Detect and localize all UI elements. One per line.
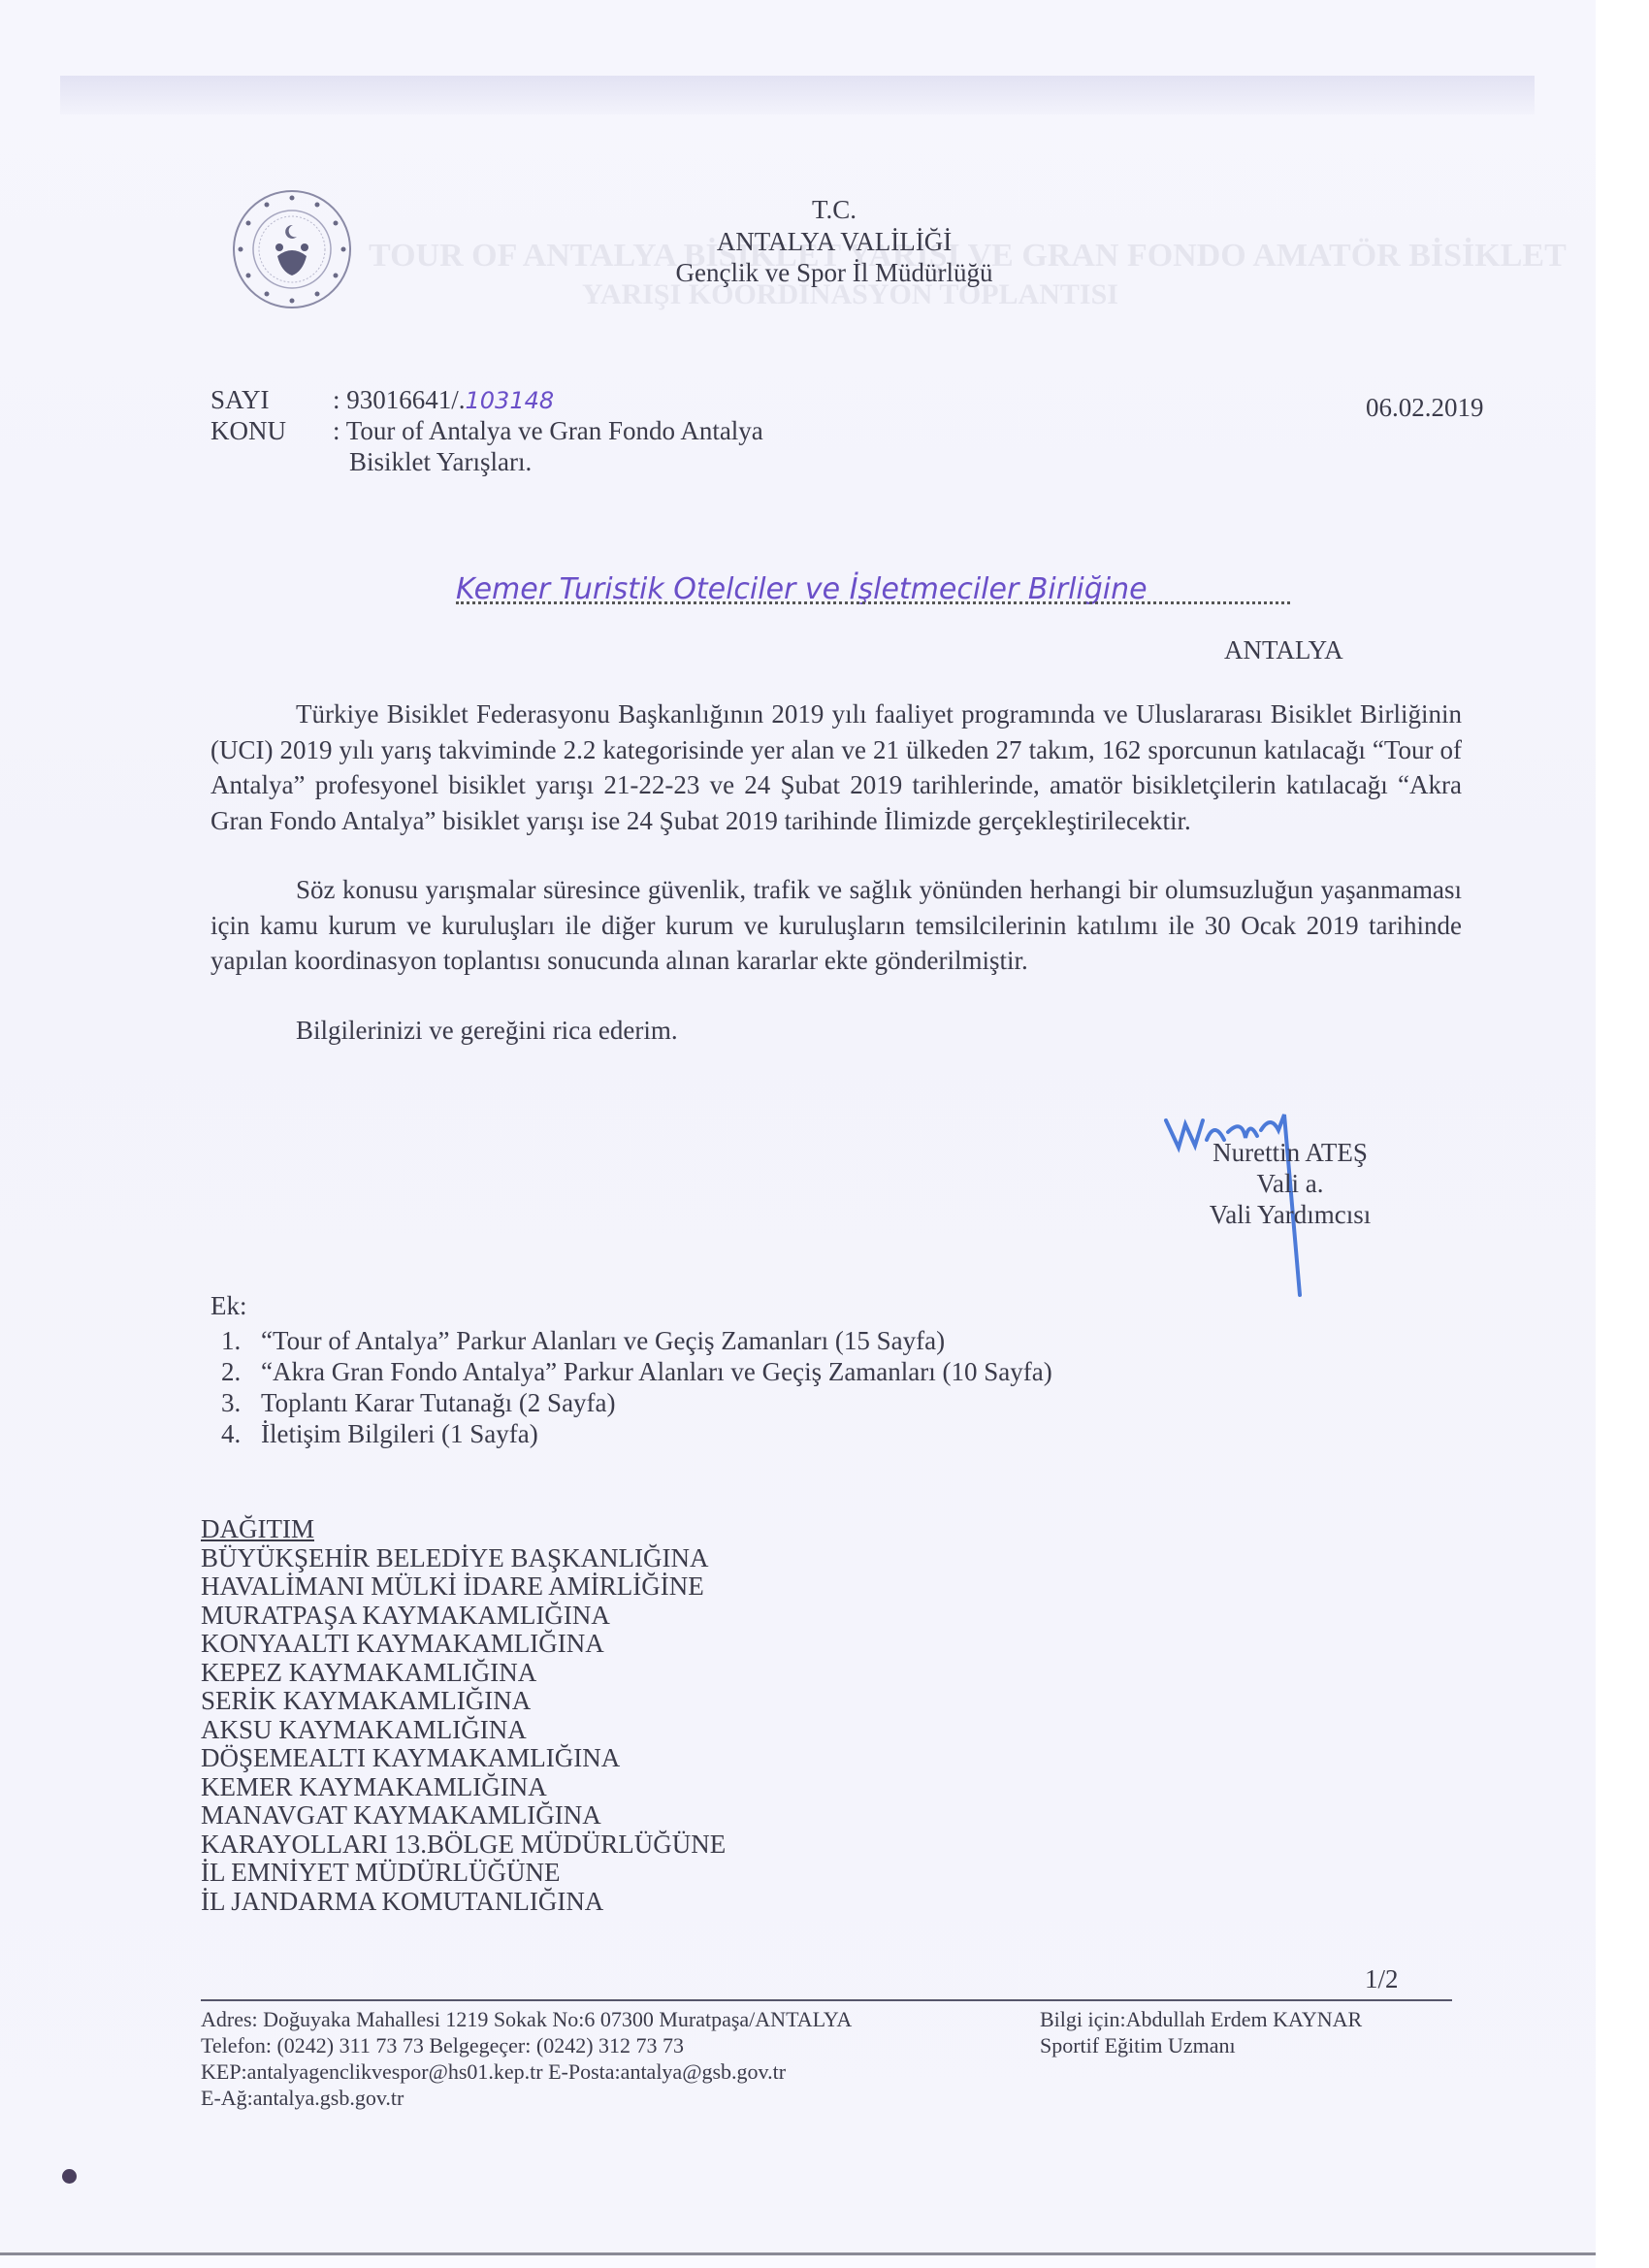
header-governorship: ANTALYA VALİLİĞİ <box>601 226 1067 257</box>
attachment-item: “Tour of Antalya” Parkur Alanları ve Geç… <box>247 1325 1052 1356</box>
body-paragraph-2: Söz konusu yarışmalar süresince güvenlik… <box>210 872 1462 979</box>
signatory-title-2: Vali Yardımcısı <box>1145 1199 1436 1230</box>
footer-email: KEP:antalyagenclikvespor@hs01.kep.tr E-P… <box>201 2058 852 2085</box>
page-number: 1/2 <box>1365 1964 1399 1994</box>
distribution-list: DAĞITIM BÜYÜKŞEHİR BELEDİYE BAŞKANLIĞINA… <box>201 1515 726 1916</box>
attachments: Ek: “Tour of Antalya” Parkur Alanları ve… <box>210 1290 1052 1449</box>
distribution-item: KONYAALTI KAYMAKAMLIĞINA <box>201 1630 726 1659</box>
distribution-item: KARAYOLLARI 13.BÖLGE MÜDÜRLÜĞÜNE <box>201 1831 726 1860</box>
addressee-city: ANTALYA <box>1224 635 1343 665</box>
distribution-item: SERİK KAYMAKAMLIĞINA <box>201 1687 726 1716</box>
signatory-title-1: Vali a. <box>1145 1168 1436 1199</box>
sayi-handwritten-number: 103148 <box>466 387 555 414</box>
attachment-item: Toplantı Karar Tutanağı (2 Sayfa) <box>247 1387 1052 1418</box>
footer-web: E-Ağ:antalya.gsb.gov.tr <box>201 2085 852 2111</box>
distribution-item: AKSU KAYMAKAMLIĞINA <box>201 1716 726 1745</box>
distribution-item: MANAVGAT KAYMAKAMLIĞINA <box>201 1801 726 1831</box>
attachments-label: Ek: <box>210 1290 1052 1321</box>
sayi-value: : 93016641/. <box>333 385 466 414</box>
konu-value-continued: Bisiklet Yarışları. <box>349 446 532 477</box>
konu-value: : Tour of Antalya ve Gran Fondo Antalya <box>333 416 763 445</box>
distribution-item: KEMER KAYMAKAMLIĞINA <box>201 1773 726 1802</box>
scan-shadow-band <box>60 76 1535 114</box>
punch-hole-mark <box>62 2169 77 2184</box>
konu-row: KONU: Tour of Antalya ve Gran Fondo Anta… <box>210 415 763 446</box>
distribution-item: İL JANDARMA KOMUTANLIĞINA <box>201 1888 726 1917</box>
attachment-item: “Akra Gran Fondo Antalya” Parkur Alanlar… <box>247 1356 1052 1387</box>
attachment-item: İletişim Bilgileri (1 Sayfa) <box>247 1418 1052 1449</box>
ministry-seal-icon <box>229 186 355 312</box>
addressee-dotted-line <box>456 601 1290 604</box>
distribution-label: DAĞITIM <box>201 1515 726 1544</box>
sayi-row: SAYI: 93016641/.103148 <box>210 384 554 416</box>
distribution-item: DÖŞEMEALTI KAYMAKAMLIĞINA <box>201 1744 726 1773</box>
distribution-item: HAVALİMANI MÜLKİ İDARE AMİRLİĞİNE <box>201 1572 726 1602</box>
footer-divider <box>201 1999 1452 2001</box>
signature-block: Nurettin ATEŞ Vali a. Vali Yardımcısı <box>1145 1137 1436 1230</box>
footer-contact-info: Adres: Doğuyaka Mahallesi 1219 Sokak No:… <box>201 2006 852 2111</box>
scan-margin <box>1596 0 1649 2268</box>
document-date: 06.02.2019 <box>1366 392 1484 423</box>
distribution-item: İL EMNİYET MÜDÜRLÜĞÜNE <box>201 1859 726 1888</box>
distribution-item: BÜYÜKŞEHİR BELEDİYE BAŞKANLIĞINA <box>201 1544 726 1573</box>
konu-label: KONU <box>210 415 333 446</box>
addressee: Kemer Turistik Otelciler ve İşletmeciler… <box>456 570 1148 607</box>
header-directorate: Gençlik ve Spor İl Müdürlüğü <box>601 257 1067 288</box>
footer-phone: Telefon: (0242) 311 73 73 Belgegeçer: (0… <box>201 2032 852 2058</box>
distribution-item: MURATPAŞA KAYMAKAMLIĞINA <box>201 1602 726 1631</box>
distribution-item: KEPEZ KAYMAKAMLIĞINA <box>201 1659 726 1688</box>
document-page: TOUR OF ANTALYA BİSİKLET YARIŞI VE GRAN … <box>0 0 1596 2255</box>
footer-contact-name: Bilgi için:Abdullah Erdem KAYNAR <box>1040 2006 1362 2032</box>
footer-info-contact: Bilgi için:Abdullah Erdem KAYNAR Sportif… <box>1040 2006 1362 2058</box>
body-paragraph-1: Türkiye Bisiklet Federasyonu Başkanlığın… <box>210 697 1462 838</box>
signatory-name: Nurettin ATEŞ <box>1145 1137 1436 1168</box>
footer-contact-title: Sportif Eğitim Uzmanı <box>1040 2032 1362 2058</box>
sayi-label: SAYI <box>210 384 333 415</box>
footer-address: Adres: Doğuyaka Mahallesi 1219 Sokak No:… <box>201 2006 852 2032</box>
body-paragraph-3: Bilgilerinizi ve gereğini rica ederim. <box>210 1013 1462 1049</box>
header-tc: T.C. <box>601 194 1067 225</box>
